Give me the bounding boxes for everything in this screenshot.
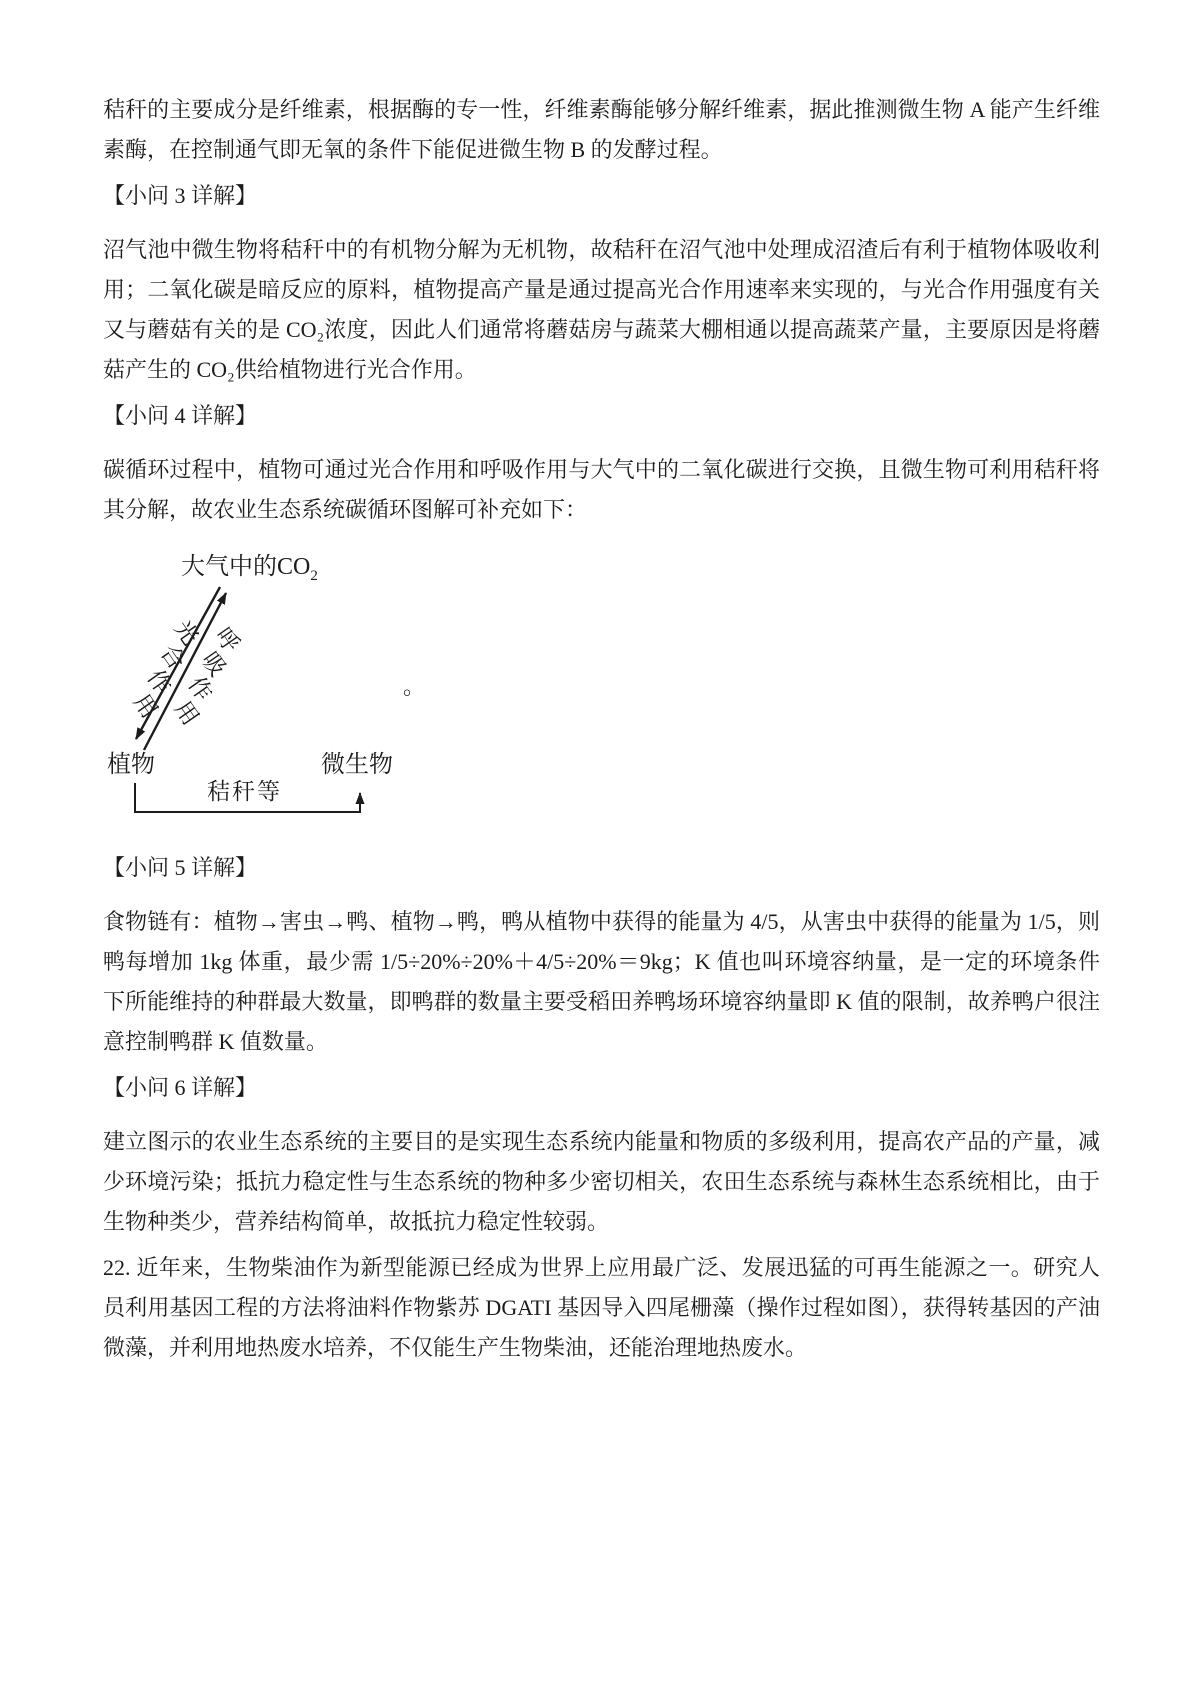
heading-detail-q4: 【小问 4 详解】: [103, 396, 1100, 436]
paragraph-detail-q3: 沼气池中微生物将秸秆中的有机物分解为无机物，故秸秆在沼气池中处理成沼渣后有利于植…: [103, 230, 1100, 390]
heading-detail-q3: 【小问 3 详解】: [103, 176, 1100, 216]
atmospheric-co2-text: 大气中的CO: [181, 554, 310, 580]
carbon-cycle-diagram: 大气中的CO2 光合作用 呼吸作用 植物 微生物 秸秆等 。: [103, 540, 623, 840]
microbes-label: 微生物: [321, 752, 393, 778]
paragraph-answer-2-tail: 秸秆的主要成分是纤维素，根据酶的专一性，纤维素酶能够分解纤维素，据此推测微生物 …: [103, 90, 1100, 170]
heading-detail-q6: 【小问 6 详解】: [103, 1068, 1100, 1108]
heading-detail-q5: 【小问 5 详解】: [103, 848, 1100, 888]
stray-period-mark: 。: [403, 674, 425, 700]
plants-label: 植物: [107, 752, 155, 778]
paragraph-detail-q4: 碳循环过程中，植物可通过光合作用和呼吸作用与大气中的二氧化碳进行交换，且微生物可…: [103, 450, 1100, 530]
paragraph-question-22: 22. 近年来，生物柴油作为新型能源已经成为世界上应用最广泛、发展迅猛的可再生能…: [103, 1248, 1100, 1368]
atmospheric-co2-label: 大气中的CO2: [181, 554, 318, 580]
co2-subscript: 2: [310, 568, 318, 584]
document-page: 秸秆的主要成分是纤维素，根据酶的专一性，纤维素酶能够分解纤维素，据此推测微生物 …: [0, 0, 1200, 1698]
straw-label: 秸秆等: [207, 779, 282, 805]
paragraph-detail-q6: 建立图示的农业生态系统的主要目的是实现生态系统内能量和物质的多级利用，提高农产品…: [103, 1122, 1100, 1242]
paragraph-detail-q5: 食物链有：植物→害虫→鸭、植物→鸭，鸭从植物中获得的能量为 4/5，从害虫中获得…: [103, 902, 1100, 1062]
